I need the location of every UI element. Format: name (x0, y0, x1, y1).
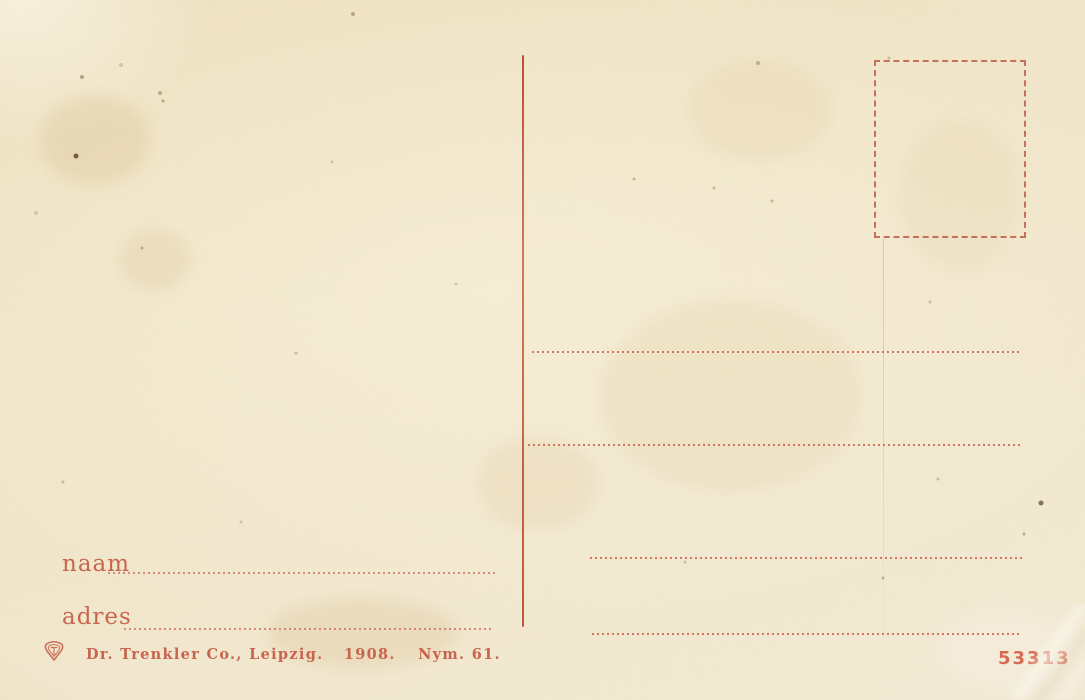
paper-stain (120, 230, 190, 290)
address-dotted-line (124, 628, 493, 630)
paper-stain (690, 60, 830, 160)
address-line-1 (532, 351, 1020, 353)
address-line-2 (528, 444, 1020, 446)
stamp-box (874, 60, 1026, 238)
paper-stain (478, 438, 598, 528)
postcard-back: naam adres Dr. Trenkler Co., Leipzig. 19… (0, 0, 1085, 700)
trenkler-monogram-icon (44, 639, 64, 669)
paper-stain (40, 95, 150, 185)
paper-stain (600, 300, 860, 490)
corner-highlight (0, 0, 230, 160)
publisher-name: Dr. Trenkler Co., Leipzig. (86, 646, 324, 663)
address-label: adres (62, 606, 132, 629)
series-number: Nym. 61. (418, 646, 501, 663)
name-dotted-line (108, 572, 496, 574)
print-year: 1908. (344, 646, 396, 663)
divider-line (522, 55, 524, 627)
address-line-4 (592, 633, 1020, 635)
paper-crease-line (883, 239, 884, 639)
publisher-imprint: Dr. Trenkler Co., Leipzig. 1908. Nym. 61… (86, 646, 501, 663)
foxing-spots (0, 0, 2, 2)
serial-number: 53313 (998, 648, 1071, 669)
address-line-3 (590, 557, 1022, 559)
